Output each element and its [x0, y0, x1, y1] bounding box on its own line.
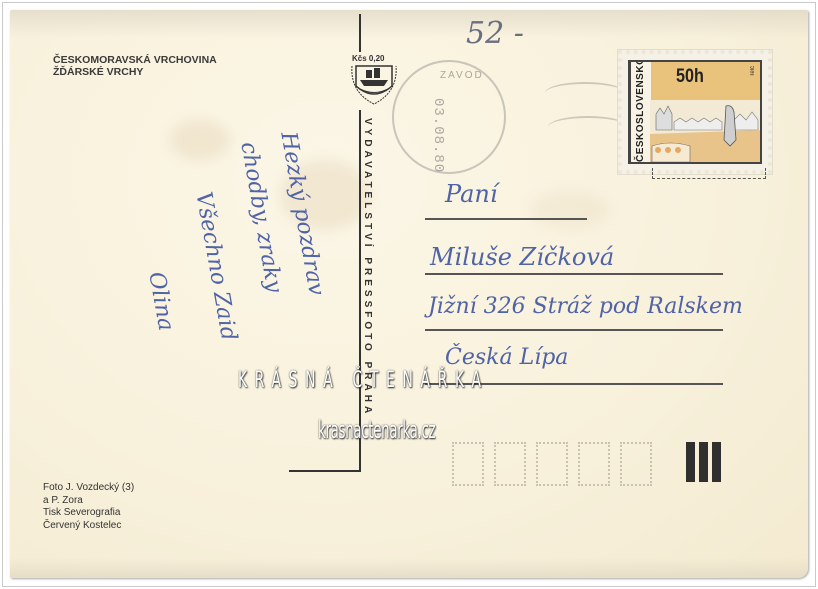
- stain: [530, 190, 610, 230]
- postage-stamp: ČESKOSLOVENSKO 50h Telč: [618, 50, 772, 174]
- zip-box: [620, 442, 652, 486]
- credit-line: Červený Kostelec: [43, 520, 134, 533]
- zip-box: [494, 442, 526, 486]
- address-rule: [425, 218, 587, 220]
- header-line-2: ŽĎÁRSKÉ VRCHY: [53, 66, 217, 78]
- postal-code-bars: [686, 442, 721, 482]
- address-rule: [425, 329, 723, 331]
- address-line-3: Jižní 326 Stráž pod Ralskem: [428, 294, 743, 319]
- cancellation-wave: [545, 82, 625, 104]
- message-line: chodby, zraky: [235, 140, 286, 294]
- stamp-town-square-image: [650, 100, 760, 162]
- printed-header: ČESKOMORAVSKÁ VRCHOVINA ŽĎÁRSKÉ VRCHY: [53, 54, 217, 78]
- zip-box: [536, 442, 568, 486]
- credit-line: Tisk Severografia: [43, 507, 134, 520]
- cancellation-wave: [548, 116, 628, 138]
- photo-credits: Foto J. Vozdecký (3) a P. Zora Tisk Seve…: [43, 482, 134, 532]
- stamp-country: ČESKOSLOVENSKO: [630, 62, 651, 162]
- postmark-town: ZAVOD: [440, 70, 484, 81]
- stamp-value: 50h: [676, 66, 704, 88]
- watermark-title: KRÁSNÁ ČTENÁŘKA: [238, 368, 489, 393]
- message-line: Všechno Zaid: [190, 190, 241, 343]
- credit-line: Foto J. Vozdecký (3): [43, 482, 134, 495]
- zip-box: [578, 442, 610, 486]
- stamp-placement-box: [652, 168, 766, 179]
- pencil-note: 52 -: [466, 16, 524, 51]
- address-line-4: Česká Lípa: [445, 345, 568, 370]
- stamp-town: Telč: [750, 66, 756, 77]
- address-line-2: Miluše Zíčková: [430, 243, 614, 271]
- divider-vertical-top: [359, 14, 361, 52]
- watermark-url: krasnactenarka.cz: [318, 416, 435, 444]
- credit-line: a P. Zora: [43, 495, 134, 508]
- header-line-1: ČESKOMORAVSKÁ VRCHOVINA: [53, 54, 217, 66]
- address-line-1: Paní: [445, 180, 498, 208]
- postmark-date: 03.08.80: [430, 98, 446, 173]
- zip-box: [452, 442, 484, 486]
- ship-emblem-icon: Kčs 0,20: [348, 52, 400, 108]
- address-rule: [425, 273, 723, 275]
